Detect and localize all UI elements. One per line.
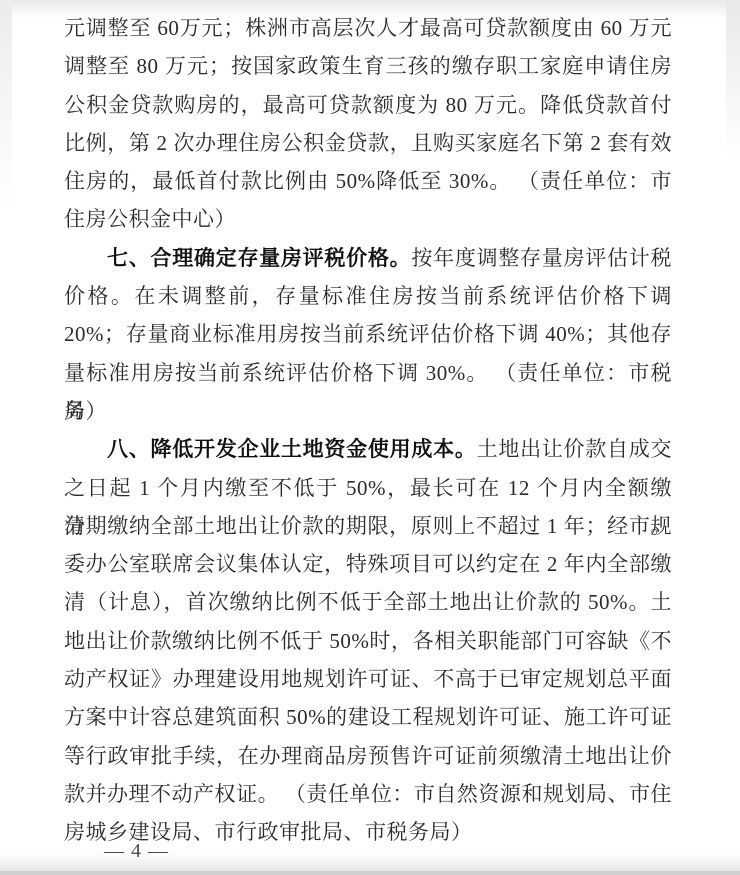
document-line: 住房的，最低首付款比例由 50%降低至 30%。 （责任单位：市 [64, 162, 672, 200]
body-text: 清（计息），首次缴纳比例不低于全部土地出让价款的 50%。土 [64, 590, 672, 614]
section-heading: 八、降低开发企业土地资金使用成本。 [107, 438, 477, 461]
document-line: 局） [64, 392, 672, 430]
body-text: 动产权证》办理建设用地规划许可证、不高于已审定规划总平面 [64, 667, 672, 691]
document-line: 元调整至 60万元；株洲市高层次人才最高可贷款额度由 60 万元 [64, 9, 672, 47]
document-line: 住房公积金中心） [64, 200, 672, 238]
document-line: 之日起 1 个月内缴至不低于 50%，最长可在 12 个月内全额缴清。 [64, 469, 672, 507]
body-text: 委办公室联席会议集体认定，特殊项目可以约定在 2 年内全部缴 [64, 552, 672, 576]
document-line: 调整至 80 万元；按国家政策生育三孩的缴存职工家庭申请住房 [64, 47, 672, 85]
page-edge-shadow-left [0, 0, 12, 210]
body-text: 20%；存量商业标准用房按当前系统评估价格下调 40%；其他存 [64, 322, 672, 346]
body-text: 款并办理不动产权证。 （责任单位：市自然资源和规划局、市住 [64, 782, 672, 806]
document-line: 量标准用房按当前系统评估价格下调 30%。 （责任单位：市税务 [64, 354, 672, 392]
section-heading: 七、合理确定存量房评税价格。 [107, 247, 411, 270]
body-text: 调整至 80 万元；按国家政策生育三孩的缴存职工家庭申请住房 [64, 54, 672, 78]
document-line: 价格。在未调整前，存量标准住房按当前系统评估价格下调 [64, 277, 672, 315]
document-line: 地出让价款缴纳比例不低于 50%时，各相关职能部门可容缺《不 [64, 622, 672, 660]
body-text: 局） [64, 399, 107, 423]
body-text: 土地出让价款自成交 [477, 437, 672, 461]
document-page: { "colors": { "page_background": "#fffff… [0, 0, 740, 875]
document-line: 委办公室联席会议集体认定，特殊项目可以约定在 2 年内全部缴 [64, 545, 672, 583]
body-text: 元调整至 60万元；株洲市高层次人才最高可贷款额度由 60 万元 [64, 16, 672, 40]
body-text: 价格。在未调整前，存量标准住房按当前系统评估价格下调 [64, 284, 672, 308]
document-line: 七、合理确定存量房评税价格。按年度调整存量房评估计税 [64, 239, 672, 277]
document-line: 清（计息），首次缴纳比例不低于全部土地出让价款的 50%。土 [64, 583, 672, 621]
document-line: 分期缴纳全部土地出让价款的期限，原则上不超过 1 年；经市规 [64, 507, 672, 545]
body-text: 按年度调整存量房评估计税 [411, 246, 672, 270]
document-line: 八、降低开发企业土地资金使用成本。土地出让价款自成交 [64, 430, 672, 468]
document-line: 比例，第 2 次办理住房公积金贷款，且购买家庭名下第 2 套有效 [64, 124, 672, 162]
page-number: — 4 — [104, 838, 169, 864]
document-line: 款并办理不动产权证。 （责任单位：市自然资源和规划局、市住 [64, 775, 672, 813]
document-line: 公积金贷款购房的，最高可贷款额度为 80 万元。降低贷款首付 [64, 86, 672, 124]
body-text: 住房的，最低首付款比例由 50%降低至 30%。 （责任单位：市 [64, 169, 672, 193]
body-text: 公积金贷款购房的，最高可贷款额度为 80 万元。降低贷款首付 [64, 93, 672, 117]
body-text: 地出让价款缴纳比例不低于 50%时，各相关职能部门可容缺《不 [64, 629, 672, 653]
document-lines: 元调整至 60万元；株洲市高层次人才最高可贷款额度由 60 万元调整至 80 万… [64, 9, 672, 852]
body-text: 比例，第 2 次办理住房公积金贷款，且购买家庭名下第 2 套有效 [64, 131, 672, 155]
body-text: 等行政审批手续，在办理商品房预售许可证前须缴清土地出让价 [64, 744, 672, 768]
body-text: 住房公积金中心） [64, 207, 236, 231]
document-line: 20%；存量商业标准用房按当前系统评估价格下调 40%；其他存 [64, 315, 672, 353]
page-bottom-edge [0, 871, 740, 875]
document-line: 等行政审批手续，在办理商品房预售许可证前须缴清土地出让价 [64, 737, 672, 775]
document-line: 方案中计容总建筑面积 50%的建设工程规划许可证、施工许可证 [64, 698, 672, 736]
document-line: 动产权证》办理建设用地规划许可证、不高于已审定规划总平面 [64, 660, 672, 698]
body-text: 分期缴纳全部土地出让价款的期限，原则上不超过 1 年；经市规 [64, 514, 672, 538]
body-text: 方案中计容总建筑面积 50%的建设工程规划许可证、施工许可证 [64, 705, 672, 729]
page-edge-shadow-right [726, 0, 740, 160]
